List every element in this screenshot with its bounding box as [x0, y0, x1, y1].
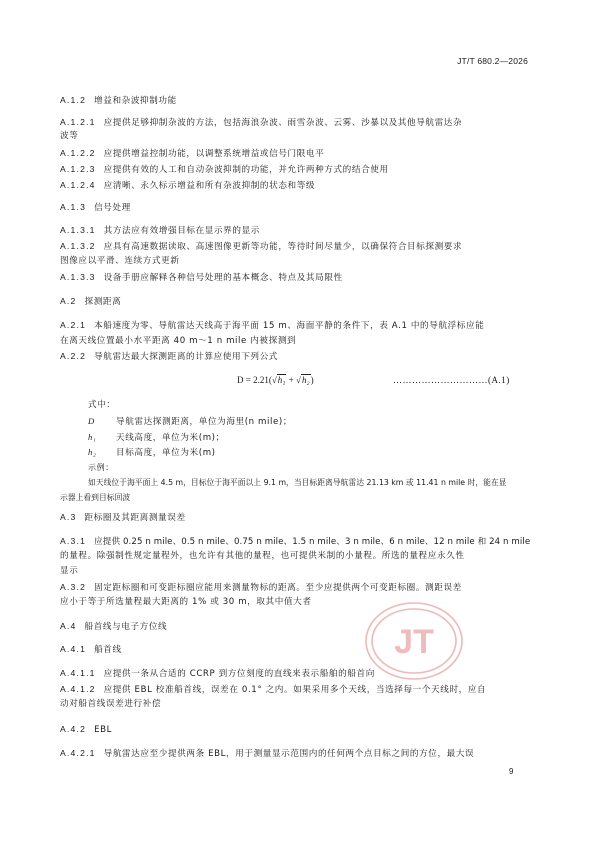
clause-a-1-3-1: A.1.3.1其方法应有效增强目标在显示界的显示: [60, 225, 260, 237]
clause-a-1-3-2-cont: 图像应以平滑、连续方式更新: [60, 256, 180, 267]
clause-a-1-2-3: A.1.2.3应提供有效的人工和自动杂波抑制的功能，并允许两种方式的结合使用: [60, 164, 389, 176]
heading-a-2: A.2探测距离: [60, 296, 121, 308]
heading-a-4-2: A.4.2EBL: [60, 724, 112, 736]
clause-a-3-1-cont2: 显示: [60, 566, 78, 577]
jt-watermark-logo: JT: [364, 601, 464, 681]
formula-a-1: D = 2.21(√h₁ + √h₂): [237, 375, 314, 385]
clause-a-2-1-cont: 在离天线位置最小水平距离 40 m～1 n mile 内被探测到: [60, 336, 296, 347]
clause-a-3-1: A.3.1应提供 0.25 n mile、0.5 n mile、0.75 n m…: [60, 536, 530, 548]
clause-a-4-1-1: A.4.1.1应提供一条从合适的 CCRP 到方位刻度的直线来表示船舶的船首向: [60, 668, 375, 680]
formula-term-h1: h₁: [277, 374, 287, 385]
var-h2: h₂目标高度，单位为米(m): [88, 447, 216, 459]
clause-a-1-3-3: A.1.3.3设备手册应解释各种信号处理的基本概念、特点及其局限性: [60, 272, 343, 284]
heading-a-1-3: A.1.3信号处理: [60, 202, 131, 214]
clause-a-3-2: A.3.2固定距标圈和可变距标圈应能用来测量物标的距离。至少应提供两个可变距标圈…: [60, 582, 462, 594]
svg-text:JT: JT: [394, 623, 434, 661]
jt-logo-icon: JT: [364, 601, 464, 681]
clause-a-2-1: A.2.1本船速度为零、导航雷达天线高于海平面 15 m、海面平静的条件下，表 …: [60, 320, 484, 332]
example-line-1: 如天线位于海平面上 4.5 m，目标位于海平面以上 9.1 m，当目标距离导航雷…: [88, 477, 507, 488]
var-h1: h₁天线高度，单位为米(m)；: [88, 432, 225, 444]
heading-a-3: A.3距标圈及其距离测量误差: [60, 512, 186, 524]
clause-a-4-2-1: A.4.2.1导航雷达应至少提供两条 EBL，用于测量显示范围内的任何两个点目标…: [60, 748, 474, 760]
clause-a-3-2-cont: 应小于等于所选量程最大距离的 1% 或 30 m，取其中值大者: [60, 597, 312, 608]
page-header: JT/T 680.2—2026: [457, 56, 528, 66]
clause-a-1-2-1: A.1.2.1应提供足够抑制杂波的方法，包括海浪杂波、雨雪杂波、云雾、沙暴以及其…: [60, 117, 462, 129]
page-number: 9: [509, 767, 513, 776]
heading-a-4: A.4船首线与电子方位线: [60, 621, 167, 633]
where-label: 式中：: [88, 400, 116, 411]
heading-a-4-1: A.4.1船首线: [60, 644, 122, 656]
example-line-2: 示器上看到目标回波: [60, 492, 130, 503]
formula-plus: +: [286, 375, 296, 385]
formula-term-h2: h₂: [301, 374, 311, 385]
clause-a-1-2-4: A.1.2.4应清晰、永久标示增益和所有杂波抑制的状态和等级: [60, 180, 315, 192]
clause-a-1-2-1-cont: 波等: [60, 131, 78, 142]
var-d: D导航雷达探测距离，单位为海里(n mile)；: [88, 416, 292, 428]
clause-a-3-1-cont1: 的量程。除强制性规定量程外，也允许有其他的量程，也可提供米制的小量程。所选的量程…: [60, 551, 465, 562]
heading-a-1-2: A.1.2增益和杂波抑制功能: [60, 95, 177, 107]
formula-rhs: ): [311, 375, 314, 385]
clause-a-2-2: A.2.2导航雷达最大探测距离的计算应使用下列公式: [60, 351, 278, 363]
formula-lhs: D = 2.21(: [237, 375, 272, 385]
formula-reference: …………………………(A.1): [393, 375, 510, 385]
clause-a-4-1-2: A.4.1.2应提供 EBL 校准船首线，误差在 0.1° 之内。如果采用多个天…: [60, 684, 486, 696]
clause-a-1-3-2: A.1.3.2应具有高速数据读取、高速图像更新等功能，等待时间尽量少，以确保符合…: [60, 241, 462, 253]
example-label: 示例：: [88, 462, 114, 473]
clause-a-4-1-2-cont: 动对船首线误差进行补偿: [60, 699, 161, 710]
clause-a-1-2-2: A.1.2.2应提供增益控制功能，以调整系统增益或信号门限电平: [60, 148, 324, 160]
